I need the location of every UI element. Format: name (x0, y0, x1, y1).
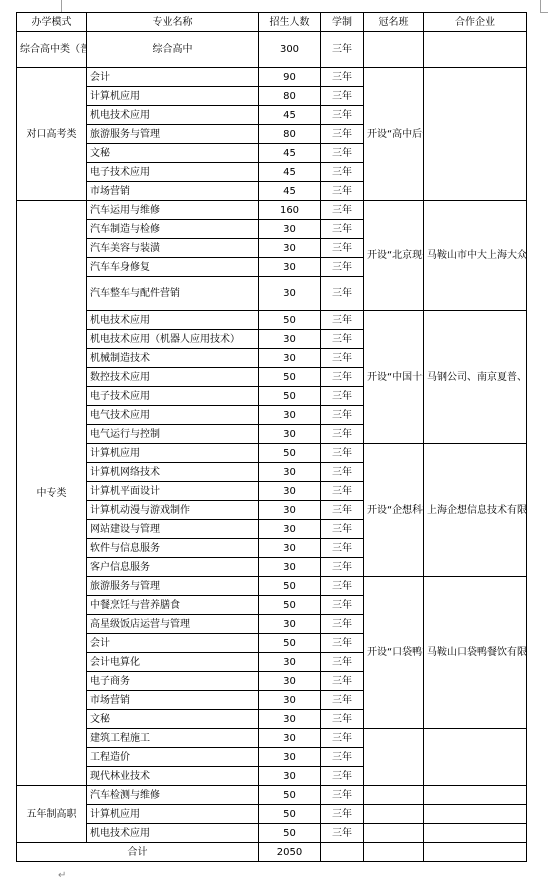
table-row: 旅游服务与管理50三年开设“口袋鸭酒店管理经理班”、“中餐烹饪力生班”马鞍山口袋… (17, 577, 527, 596)
years-cell: 三年 (321, 425, 364, 444)
count-cell: 50 (259, 805, 321, 824)
count-cell: 30 (259, 406, 321, 425)
count-cell: 50 (259, 368, 321, 387)
major-cell: 汽车车身修复 (87, 258, 259, 277)
total-row: 合计2050 (17, 843, 527, 862)
count-cell: 30 (259, 748, 321, 767)
years-cell: 三年 (321, 239, 364, 258)
partner-cell: 上海企想信息技术有限公司、、马鞍山数字硅谷科技有限公司、神州数码科技等 (424, 444, 527, 577)
major-cell: 计算机平面设计 (87, 482, 259, 501)
header-row: 办学模式 专业名称 招生人数 学制 冠名班 合作企业 (17, 13, 527, 32)
major-cell: 会计 (87, 634, 259, 653)
major-cell: 机电技术应用（机器人应用技术） (87, 330, 259, 349)
major-cell: 汽车制造与检修 (87, 220, 259, 239)
partner-cell (424, 32, 527, 68)
years-cell: 三年 (321, 125, 364, 144)
years-cell: 三年 (321, 558, 364, 577)
years-cell: 三年 (321, 577, 364, 596)
count-cell: 30 (259, 425, 321, 444)
count-cell: 30 (259, 258, 321, 277)
major-cell: 综合高中 (87, 32, 259, 68)
mode-cell: 综合高中类（普通高考） (17, 32, 87, 68)
header-partner: 合作企业 (424, 13, 527, 32)
years-cell: 三年 (321, 87, 364, 106)
count-cell: 30 (259, 710, 321, 729)
major-cell: 中餐烹饪与营养膳食 (87, 596, 259, 615)
table-row: 对口高考类会计90三年开设“高中后一年制对口高考班” (17, 68, 527, 87)
years-cell: 三年 (321, 201, 364, 220)
count-cell: 50 (259, 786, 321, 805)
count-cell: 30 (259, 349, 321, 368)
count-cell: 30 (259, 482, 321, 501)
years-cell: 三年 (321, 672, 364, 691)
major-cell: 市场营销 (87, 691, 259, 710)
table-row: 综合高中类（普通高考）综合高中300三年 (17, 32, 527, 68)
major-cell: 机电技术应用 (87, 311, 259, 330)
years-cell: 三年 (321, 144, 364, 163)
major-cell: 旅游服务与管理 (87, 577, 259, 596)
years-cell: 三年 (321, 691, 364, 710)
years-cell: 三年 (321, 277, 364, 311)
count-cell: 30 (259, 729, 321, 748)
years-cell: 三年 (321, 501, 364, 520)
major-cell: 汽车美容与装潢 (87, 239, 259, 258)
table-row: 机电技术应用50三年 (17, 824, 527, 843)
header-named-class: 冠名班 (364, 13, 424, 32)
named-class-cell (364, 32, 424, 68)
years-cell: 三年 (321, 368, 364, 387)
header-major: 专业名称 (87, 13, 259, 32)
count-cell: 30 (259, 501, 321, 520)
years-cell: 三年 (321, 710, 364, 729)
partner-cell (424, 824, 527, 843)
partner-cell (424, 805, 527, 824)
major-cell: 汽车整车与配件营销 (87, 277, 259, 311)
years-cell: 三年 (321, 615, 364, 634)
years-cell: 三年 (321, 729, 364, 748)
partner-cell (424, 68, 527, 201)
years-cell: 三年 (321, 748, 364, 767)
total-named (364, 843, 424, 862)
major-cell: 客户信息服务 (87, 558, 259, 577)
count-cell: 80 (259, 87, 321, 106)
count-cell: 30 (259, 463, 321, 482)
header-years: 学制 (321, 13, 364, 32)
count-cell: 30 (259, 239, 321, 258)
major-cell: 计算机应用 (87, 444, 259, 463)
major-cell: 电气运行与控制 (87, 425, 259, 444)
years-cell: 三年 (321, 387, 364, 406)
major-cell: 工程造价 (87, 748, 259, 767)
years-cell: 三年 (321, 258, 364, 277)
major-cell: 电子商务 (87, 672, 259, 691)
count-cell: 45 (259, 106, 321, 125)
count-cell: 30 (259, 672, 321, 691)
named-class-cell: 开设“中国十七冶机电班”、开设“鹏程电梯维修班” (364, 311, 424, 444)
count-cell: 50 (259, 444, 321, 463)
years-cell: 三年 (321, 767, 364, 786)
major-cell: 数控技术应用 (87, 368, 259, 387)
count-cell: 30 (259, 330, 321, 349)
total-count: 2050 (259, 843, 321, 862)
count-cell: 30 (259, 767, 321, 786)
major-cell: 计算机应用 (87, 87, 259, 106)
partner-cell: 马钢公司、南京夏普、熊猫电子、芜湖美的、中国十七冶集体有限公司、安徽山鹰纸业、安… (424, 311, 527, 444)
total-label: 合计 (17, 843, 259, 862)
major-cell: 会计电算化 (87, 653, 259, 672)
major-cell: 文秘 (87, 710, 259, 729)
major-cell: 计算机应用 (87, 805, 259, 824)
years-cell: 三年 (321, 786, 364, 805)
years-cell: 三年 (321, 805, 364, 824)
major-cell: 机械制造技术 (87, 349, 259, 368)
years-cell: 三年 (321, 349, 364, 368)
major-cell: 软件与信息服务 (87, 539, 259, 558)
years-cell: 三年 (321, 220, 364, 239)
years-cell: 三年 (321, 482, 364, 501)
table-row: 计算机应用50三年 (17, 805, 527, 824)
years-cell: 三年 (321, 330, 364, 349)
years-cell: 三年 (321, 163, 364, 182)
table-row: 计算机应用50三年开设“企想科技班”上海企想信息技术有限公司、、马鞍山数字硅谷科… (17, 444, 527, 463)
count-cell: 30 (259, 691, 321, 710)
count-cell: 300 (259, 32, 321, 68)
years-cell: 三年 (321, 106, 364, 125)
count-cell: 45 (259, 163, 321, 182)
count-cell: 80 (259, 125, 321, 144)
partner-cell (424, 786, 527, 805)
major-cell: 计算机网络技术 (87, 463, 259, 482)
years-cell: 三年 (321, 444, 364, 463)
years-cell: 三年 (321, 653, 364, 672)
major-cell: 高星级饭店运营与管理 (87, 615, 259, 634)
partner-cell: 马鞍山口袋鸭餐饮有限公司、马钢力生公司、华润苏果、大润发、欧尚、安徽科曼科技有限… (424, 577, 527, 729)
count-cell: 50 (259, 824, 321, 843)
major-cell: 汽车运用与维修 (87, 201, 259, 220)
major-cell: 汽车检测与维修 (87, 786, 259, 805)
major-cell: 现代林业技术 (87, 767, 259, 786)
major-cell: 计算机动漫与游戏制作 (87, 501, 259, 520)
partner-cell: 马鞍山市中大上海大众汽车、澳众汽车、宝景汽车、中易达汽车销售服务有限公司、上海通… (424, 201, 527, 311)
count-cell: 50 (259, 596, 321, 615)
count-cell: 30 (259, 220, 321, 239)
major-cell: 电子技术应用 (87, 387, 259, 406)
count-cell: 45 (259, 182, 321, 201)
count-cell: 30 (259, 558, 321, 577)
count-cell: 30 (259, 277, 321, 311)
total-partner (424, 843, 527, 862)
major-cell: 文秘 (87, 144, 259, 163)
table-row: 机电技术应用50三年开设“中国十七冶机电班”、开设“鹏程电梯维修班”马钢公司、南… (17, 311, 527, 330)
years-cell: 三年 (321, 463, 364, 482)
mode-cell: 中专类 (17, 201, 87, 786)
major-cell: 机电技术应用 (87, 106, 259, 125)
count-cell: 30 (259, 653, 321, 672)
years-cell: 三年 (321, 32, 364, 68)
major-cell: 电子技术应用 (87, 163, 259, 182)
count-cell: 30 (259, 615, 321, 634)
table-row: 五年制高职汽车检测与维修50三年 (17, 786, 527, 805)
count-cell: 30 (259, 520, 321, 539)
named-class-cell (364, 824, 424, 843)
years-cell: 三年 (321, 634, 364, 653)
paragraph-mark: ↵ (58, 870, 66, 881)
major-cell: 市场营销 (87, 182, 259, 201)
major-cell: 旅游服务与管理 (87, 125, 259, 144)
table-row: 建筑工程施工30三年 (17, 729, 527, 748)
major-cell: 机电技术应用 (87, 824, 259, 843)
major-cell: 会计 (87, 68, 259, 87)
years-cell: 三年 (321, 311, 364, 330)
mode-cell: 五年制高职 (17, 786, 87, 843)
header-count: 招生人数 (259, 13, 321, 32)
header-mode: 办学模式 (17, 13, 87, 32)
years-cell: 三年 (321, 824, 364, 843)
table-row: 中专类汽车运用与维修160三年开设“北京现代班”马鞍山市中大上海大众汽车、澳众汽… (17, 201, 527, 220)
count-cell: 50 (259, 387, 321, 406)
years-cell: 三年 (321, 68, 364, 87)
partner-cell (424, 729, 527, 786)
count-cell: 160 (259, 201, 321, 220)
years-cell: 三年 (321, 182, 364, 201)
count-cell: 50 (259, 311, 321, 330)
named-class-cell: 开设“企想科技班” (364, 444, 424, 577)
years-cell: 三年 (321, 520, 364, 539)
mode-cell: 对口高考类 (17, 68, 87, 201)
count-cell: 45 (259, 144, 321, 163)
years-cell: 三年 (321, 406, 364, 425)
enrollment-table: 办学模式 专业名称 招生人数 学制 冠名班 合作企业 综合高中类（普通高考）综合… (16, 12, 527, 862)
count-cell: 30 (259, 539, 321, 558)
count-cell: 50 (259, 634, 321, 653)
named-class-cell: 开设“北京现代班” (364, 201, 424, 311)
major-cell: 建筑工程施工 (87, 729, 259, 748)
count-cell: 90 (259, 68, 321, 87)
named-class-cell (364, 729, 424, 786)
total-years (321, 843, 364, 862)
major-cell: 电气技术应用 (87, 406, 259, 425)
years-cell: 三年 (321, 539, 364, 558)
named-class-cell: 开设“高中后一年制对口高考班” (364, 68, 424, 201)
named-class-cell (364, 786, 424, 805)
count-cell: 50 (259, 577, 321, 596)
named-class-cell (364, 805, 424, 824)
major-cell: 网站建设与管理 (87, 520, 259, 539)
named-class-cell: 开设“口袋鸭酒店管理经理班”、“中餐烹饪力生班” (364, 577, 424, 729)
years-cell: 三年 (321, 596, 364, 615)
crop-mark-right (540, 0, 548, 13)
